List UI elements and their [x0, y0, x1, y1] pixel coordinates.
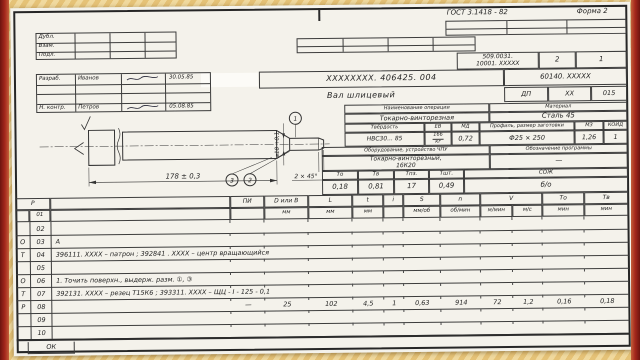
hardness-value: НВС30... 85 — [345, 132, 425, 147]
row-symbol: О — [16, 235, 30, 248]
classifier-code-cell: 60140. ХХХХХ — [504, 68, 627, 86]
koid-value: 1 — [604, 130, 628, 144]
row-number: 05 — [30, 261, 52, 274]
operation-number-cell: 015 — [591, 86, 627, 101]
line-number-01: 01 — [29, 210, 50, 222]
tv-time-label: Тв — [358, 170, 394, 179]
divider — [74, 34, 75, 59]
divider — [446, 27, 625, 30]
clamp-icon — [75, 142, 84, 154]
developer-role-label: Разраб. — [39, 77, 61, 83]
blank-mass-value: 1,26 — [575, 130, 604, 144]
units-tv: мин — [584, 204, 628, 216]
slide-background: ГОСТ 3.1418 - 82 Форма 2 Дубл. Взам. Под… — [0, 0, 640, 360]
mode-l: 102 — [314, 297, 348, 310]
roughness-icon — [81, 116, 90, 129]
chamfer-extension-lines — [319, 150, 324, 172]
row-number: 10 — [31, 326, 53, 339]
col-header-to: То — [542, 192, 584, 204]
col-header-l: L — [308, 195, 352, 207]
units-to: мин — [542, 204, 584, 216]
row-symbol — [15, 222, 29, 235]
tsht-time-value: 0,49 — [429, 179, 464, 194]
balloon-2-number: 2 — [248, 177, 252, 184]
tpz-time-value: 17 — [394, 179, 429, 194]
row-symbol: Т — [16, 248, 30, 261]
gost-standard-label: ГОСТ 3.1418 - 82 — [402, 7, 552, 20]
balloon-leaders — [232, 151, 290, 174]
mode-n: 914 — [444, 295, 478, 308]
units-pi — [230, 208, 264, 220]
units-s: мм/об — [403, 206, 440, 218]
diameter-dimension-text: ⌀18 +0,1 — [275, 132, 281, 157]
equipment-value: Токарно-винторезный, 16К20 — [322, 154, 490, 171]
checker-role-label: Н. контр. — [39, 106, 65, 112]
developer-date: 30.05.85 — [169, 75, 194, 81]
copy-status-table: Дубл. Взам. Подл. — [35, 32, 176, 60]
units-t: мм — [352, 206, 383, 218]
col-header-s: S — [403, 194, 440, 206]
header-grid-strip-2 — [297, 36, 476, 53]
row-symbol — [16, 261, 30, 274]
mode-s: 0,63 — [405, 296, 439, 309]
signature-icon — [125, 75, 161, 83]
dp-label-cell: ДП — [504, 87, 548, 102]
dp-value-cell: ХХ — [548, 86, 591, 101]
mode-pi: — — [231, 298, 265, 311]
length-dimension-text: 178 ± 0,3 — [166, 172, 201, 180]
divider — [37, 42, 176, 44]
units-v2: м/с — [512, 205, 542, 217]
balloon-1-number: 1 — [293, 116, 297, 123]
chamfer-text: 2 × 45° — [294, 173, 317, 180]
row-symbol — [17, 326, 31, 339]
label-podl: Подл. — [39, 53, 56, 59]
page-number-cell: 1 — [576, 51, 627, 69]
divider — [37, 92, 210, 95]
col-header-t: t — [352, 194, 383, 206]
mz-label: МЗ — [574, 121, 603, 130]
doc-code-line2: 10001. ХХХХХ — [476, 60, 520, 67]
mode-d: 25 — [270, 297, 304, 310]
arrowhead — [89, 181, 96, 185]
developer-name: Иванов — [78, 76, 99, 82]
ev-unit: кг — [432, 138, 444, 144]
mode-v2: 1,2 — [511, 295, 545, 308]
tsht-time-label: Тшт. — [429, 170, 464, 179]
col-header-d: D или B — [264, 195, 308, 207]
col-header-i: i — [383, 194, 403, 206]
row-number: 07 — [30, 287, 52, 300]
row-symbol: Р — [16, 300, 30, 313]
mode-v1: 72 — [480, 295, 514, 308]
divider — [298, 44, 475, 47]
divider — [144, 33, 145, 58]
row-number: 03 — [30, 235, 52, 248]
row-symbol: Т — [16, 287, 30, 300]
tpz-time-label: Тпз. — [394, 170, 429, 179]
divider — [109, 33, 110, 58]
col-header-pi: ПИ — [230, 196, 264, 208]
col-header-r: Р — [15, 198, 50, 210]
checker-date: 05.08.85 — [169, 104, 194, 110]
label-vzam: Взам. — [39, 44, 55, 50]
arrowhead — [270, 179, 277, 183]
scanned-operation-card: ГОСТ 3.1418 - 82 Форма 2 Дубл. Взам. Под… — [10, 2, 634, 356]
mode-tv: 0,18 — [590, 294, 624, 307]
koid-label: КОИД — [603, 121, 627, 130]
row-number: 02 — [29, 222, 51, 235]
units-l: мм — [308, 207, 352, 219]
fold-mark — [318, 8, 320, 21]
part-sketch: 178 ± 0,3 2 × 45° ⌀18 +0,1 3 2 1 — [33, 110, 334, 198]
row-number: 06 — [30, 274, 52, 287]
balloon-3-number: 3 — [230, 177, 234, 184]
row-symbol: О — [16, 274, 30, 287]
row-symbol — [16, 313, 30, 326]
label-dubl: Дубл. — [38, 35, 54, 41]
col-header-n: n — [440, 193, 480, 205]
document-code-cell: 509.0031. 10001. ХХХХХ — [457, 52, 539, 70]
program-value: — — [490, 153, 628, 169]
form-number-label: Форма 2 — [558, 6, 626, 18]
units-v1: м/мин — [480, 205, 512, 217]
part-designation-cell: ХХХХХХХХ. 406425. 004 — [259, 69, 504, 89]
equipment-line2: 16К20 — [396, 163, 416, 170]
part-name: Вал шлицевый — [241, 87, 481, 104]
units-d: мм — [264, 207, 308, 219]
bar-stock-end — [88, 130, 114, 165]
sheet-number-cell: 2 — [539, 51, 576, 68]
part-mass-value: 0,72 — [452, 131, 480, 145]
mode-to: 0,16 — [547, 294, 581, 307]
checker-name: Петров — [78, 105, 99, 111]
shaft-body — [122, 130, 276, 160]
col-header-v: V — [480, 193, 542, 206]
units-n: об/мин — [440, 205, 480, 217]
signature-block: Разраб. Иванов 30.05.85 Н. контр. Петров… — [36, 72, 211, 113]
centerline — [40, 144, 330, 147]
row-number: 09 — [30, 313, 52, 326]
slide-edge-left — [0, 0, 9, 360]
slide-edge-right — [631, 0, 640, 360]
blank-profile-value: Ф25 × 250 — [480, 130, 575, 145]
ev-value: 166 кг — [425, 132, 452, 146]
tv-time-value: 0,81 — [358, 179, 394, 194]
header-grid-strip — [445, 19, 626, 36]
coolant-value: б/о — [464, 177, 628, 194]
col-header-tv: Тв — [584, 192, 628, 204]
row-number: 04 — [30, 248, 52, 261]
md-label: МД — [451, 122, 479, 131]
units-i — [383, 206, 403, 218]
row-number: 08 — [30, 300, 52, 313]
divider — [37, 51, 176, 53]
divider — [37, 83, 210, 86]
ok-cell: ОК — [28, 342, 75, 354]
ev-label: ЕВ — [424, 123, 451, 132]
units-sym-cell — [15, 210, 29, 222]
